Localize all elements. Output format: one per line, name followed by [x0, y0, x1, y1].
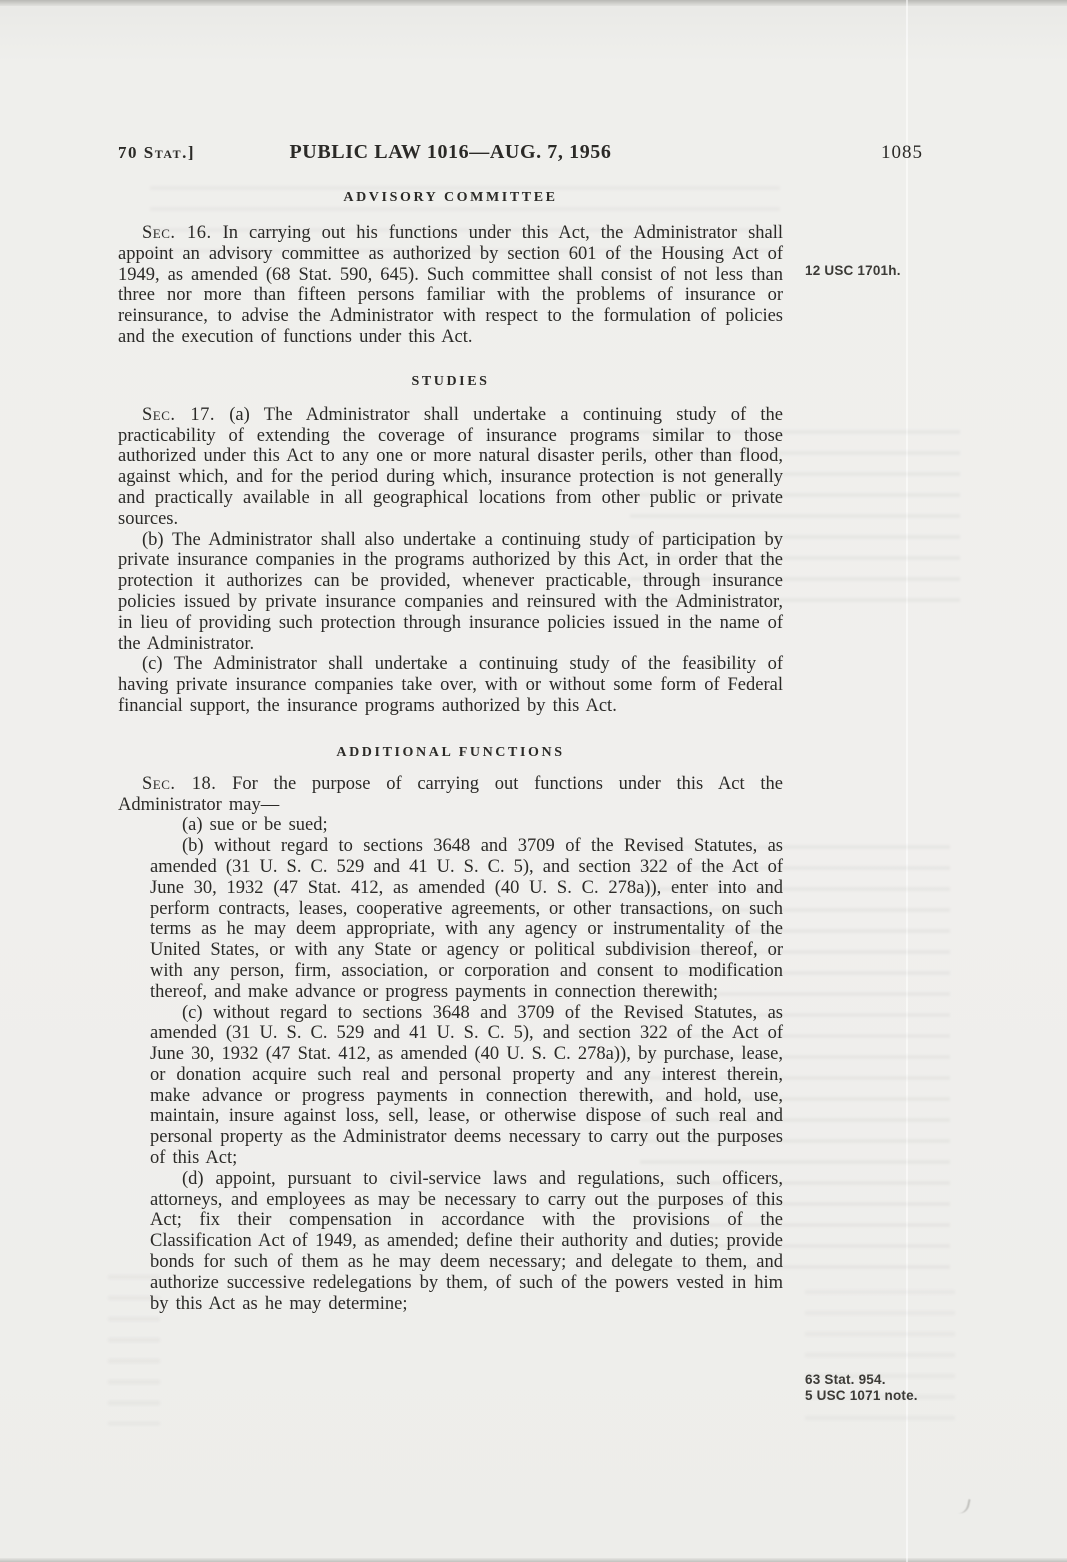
page-number: 1085 — [881, 142, 923, 164]
margin-note-usc-1071: 5 USC 1071 note. — [805, 1388, 975, 1404]
scan-mark — [954, 1497, 970, 1515]
section-18-item-b: (b) without regard to sections 3648 and … — [150, 836, 783, 1002]
section-18-item-list: (a) sue or be sued; (b) without regard t… — [118, 815, 783, 1314]
section-heading-additional-functions: ADDITIONAL FUNCTIONS — [118, 745, 783, 761]
section-17b-paragraph: (b) The Administrator shall also underta… — [118, 530, 783, 655]
margin-note-classification-act: 63 Stat. 954. 5 USC 1071 note. — [805, 1372, 975, 1404]
section-heading-studies: STUDIES — [118, 374, 783, 390]
section-17a-paragraph: Sec. 17. (a) The Administrator shall und… — [118, 405, 783, 530]
section-17c-paragraph: (c) The Administrator shall undertake a … — [118, 654, 783, 716]
section-heading-advisory-committee: ADVISORY COMMITTEE — [118, 190, 783, 206]
statute-page-scan: 70 Stat.] PUBLIC LAW 1016—AUG. 7, 1956 1… — [0, 0, 1067, 1562]
margin-note-stat-954: 63 Stat. 954. — [805, 1372, 975, 1388]
statute-text-column: ADVISORY COMMITTEE Sec. 16. In carrying … — [118, 0, 783, 1314]
section-16-paragraph: Sec. 16. In carrying out his functions u… — [118, 223, 783, 348]
margin-note-usc-1701h: 12 USC 1701h. — [805, 263, 975, 279]
section-17-number: Sec. 17. — [142, 405, 215, 425]
section-18-number: Sec. 18. — [142, 774, 216, 794]
section-16-text: In carrying out his functions under this… — [118, 223, 783, 347]
section-18-intro-paragraph: Sec. 18. For the purpose of carrying out… — [118, 774, 783, 816]
section-18-intro-text: For the purpose of carrying out function… — [118, 774, 783, 815]
section-17a-text: (a) The Administrator shall undertake a … — [118, 405, 783, 529]
section-18-item-c: (c) without regard to sections 3648 and … — [150, 1003, 783, 1169]
section-18-item-a: (a) sue or be sued; — [150, 815, 783, 836]
section-18-item-d: (d) appoint, pursuant to civil-service l… — [150, 1169, 783, 1315]
section-16-number: Sec. 16. — [142, 223, 212, 243]
